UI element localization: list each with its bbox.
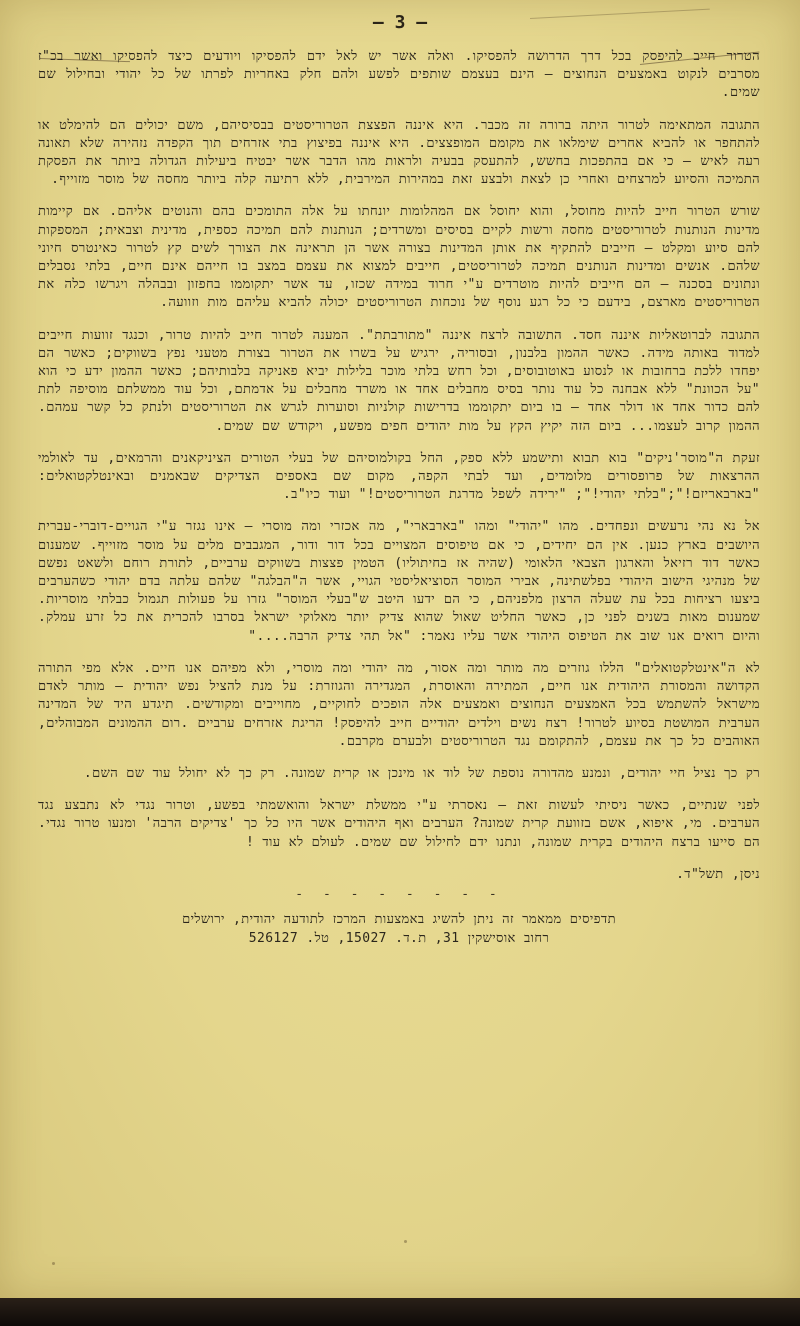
paragraph-4: התגובה לברוטאליות איננה חסד. התשובה לרצח…	[38, 327, 760, 436]
document-page: – 3 – הטרור חייב להיפסק בכל דרך הדרושה ל…	[0, 0, 800, 1298]
footer-address: רחוב אוסישקין 31, ת.ד. 15027, טל. 526127	[38, 929, 760, 948]
paper-speck	[404, 1240, 407, 1243]
paragraph-2: התגובה המתאימה לטרור היתה ברורה זה מכבר.…	[38, 117, 760, 190]
paragraph-3: שורש הטרור חייב להיות מחוסל, והוא יחוסל …	[38, 203, 760, 312]
document-body: הטרור חייב להיפסק בכל דרך הדרושה להפסיקו…	[38, 48, 760, 948]
paragraph-9: לפני שנתיים, כאשר ניסיתי לעשות זאת – נאס…	[38, 797, 760, 852]
table-surface-edge	[0, 1298, 800, 1326]
paragraph-6: אל נא נהי נרעשים ונפחדים. מהו "יהודי" ומ…	[38, 518, 760, 645]
separator-dashes: - - - - - - - -	[38, 886, 760, 904]
paragraph-1: הטרור חייב להיפסק בכל דרך הדרושה להפסיקו…	[38, 48, 760, 103]
paragraph-7: לא ה"אינטלקטואלים" הללו גוזרים מה מותר ו…	[38, 660, 760, 751]
date-line: ניסן, תשל"ד.	[38, 866, 760, 884]
paragraph-8: רק כך נציל חיי יהודים, ונמנע מהדורה נוספ…	[38, 765, 760, 783]
paragraph-5: זעקת ה"מוסר'ניקים" בוא תבוא ותישמע ללא ס…	[38, 450, 760, 505]
page-number: – 3 –	[0, 12, 800, 33]
footer-reprint-note: תדפיסים ממאמר זה ניתן להשיג באמצעות המרכ…	[38, 910, 760, 929]
paper-speck	[52, 1262, 55, 1265]
